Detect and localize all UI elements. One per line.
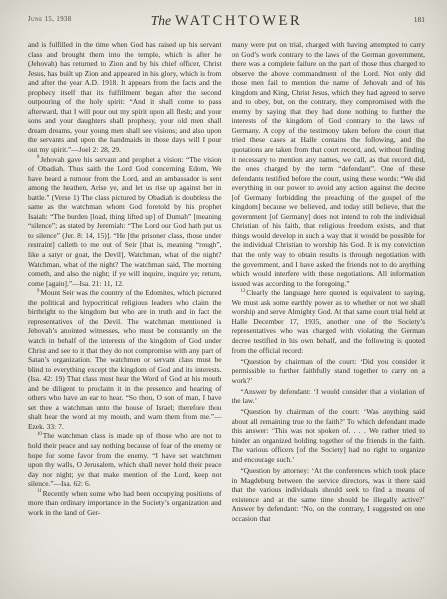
- paragraph-text: “Question by chairman of the court: ‘Was…: [232, 407, 426, 464]
- paragraph-question: “Question by chairman of the court: ‘Was…: [232, 407, 426, 464]
- paragraph-answer: “Answer by defendant: ‘I would consider …: [232, 387, 426, 406]
- paragraph: 10The watchman class is made up of those…: [28, 431, 222, 488]
- paragraph-question: “Question by chairman of the court: ‘Did…: [232, 357, 426, 386]
- page-number: 181: [414, 15, 425, 24]
- masthead: TheWATCHTOWER: [28, 12, 425, 30]
- paragraph-text: Clearly the language here quoted is equi…: [232, 288, 426, 354]
- column-right: many were put on trial, charged with hav…: [232, 40, 426, 593]
- paragraph-text: “Question by chairman of the court: ‘Did…: [232, 357, 426, 385]
- paragraph: 9Mount Seir was the country of the Edomi…: [28, 288, 222, 431]
- paragraph-text: “Question by attorney: ‘At the conferenc…: [232, 466, 426, 523]
- magazine-page: June 15, 1938 TheWATCHTOWER 181 and is f…: [0, 0, 447, 599]
- paragraph-continuation: and is fulfilled in the time when God ha…: [28, 40, 222, 155]
- column-left: and is fulfilled in the time when God ha…: [28, 40, 222, 593]
- paragraph: 13Clearly the language here quoted is eq…: [232, 288, 426, 355]
- paragraph: 8Jehovah gave his servant and prophet a …: [28, 155, 222, 289]
- paragraph-number: 11: [37, 489, 42, 494]
- paragraph-continuation: many were put on trial, charged with hav…: [232, 40, 426, 288]
- paragraph-text: “Answer by defendant: ‘I would consider …: [232, 387, 426, 406]
- text-columns: and is fulfilled in the time when God ha…: [28, 40, 425, 593]
- paragraph-text: Jehovah gave his servant and prophet a v…: [28, 155, 222, 288]
- paragraph-text: The watchman class is made up of those w…: [28, 431, 222, 488]
- paragraph: 11Recently when some who had been occupy…: [28, 489, 222, 518]
- page-header: June 15, 1938 TheWATCHTOWER 181: [28, 12, 425, 32]
- paragraph-text: Recently when some who had been occupyin…: [28, 489, 222, 517]
- paragraph-text: and is fulfilled in the time when God ha…: [28, 40, 222, 154]
- paragraph-text: Mount Seir was the country of the Edomit…: [28, 288, 222, 431]
- paragraph-text: many were put on trial, charged with hav…: [232, 40, 426, 288]
- masthead-title: WATCHTOWER: [175, 13, 302, 29]
- masthead-the-label: The: [151, 13, 171, 28]
- paragraph-number: 10: [37, 432, 42, 437]
- paragraph-number: 13: [241, 289, 246, 294]
- paragraph-question: “Question by attorney: ‘At the conferenc…: [232, 466, 426, 523]
